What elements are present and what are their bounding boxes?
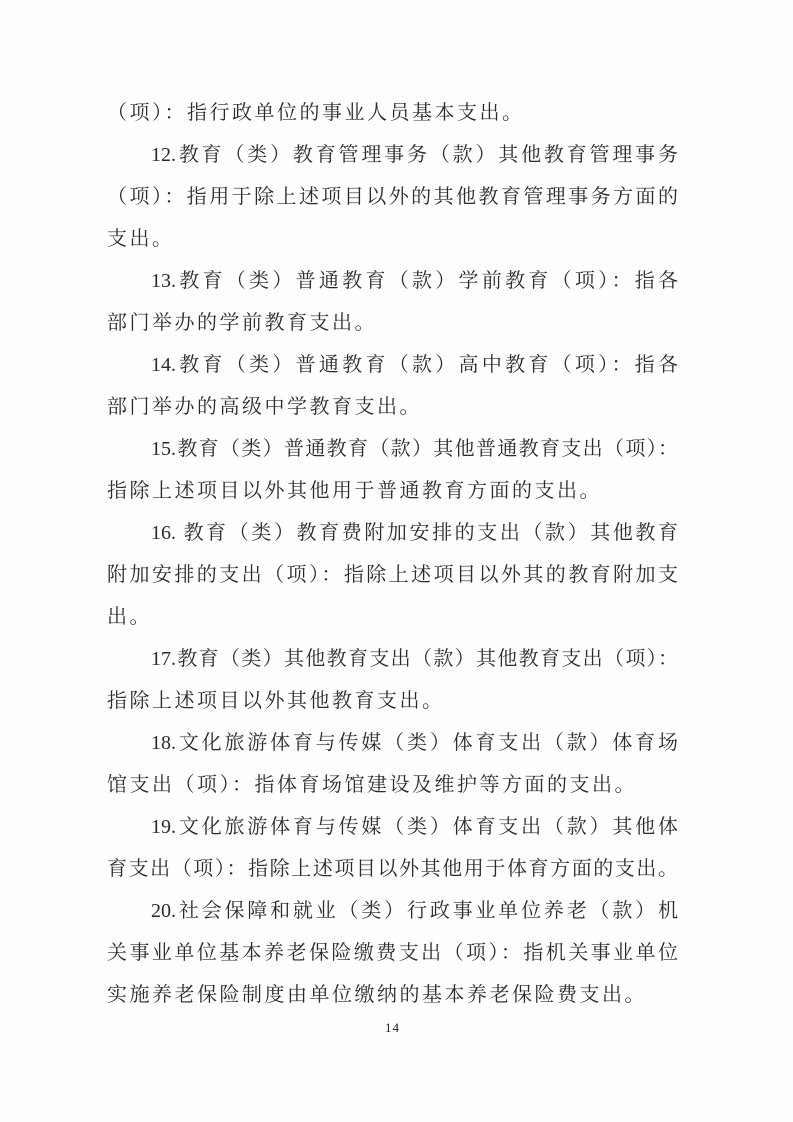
text-line-12: 附加安排的支出（项）：指除上述项目以外其的教育附加支 (107, 554, 678, 596)
text-line-6: 部门举办的学前教育支出。 (107, 302, 678, 344)
text-line-5: 13.教育（类）普通教育（款）学前教育（项）：指各 (107, 260, 678, 302)
text-line-19: 育支出（项）：指除上述项目以外其他用于体育方面的支出。 (107, 848, 678, 890)
text-line-16: 18.文化旅游体育与传媒（类）体育支出（款）体育场 (107, 722, 678, 764)
document-body: （项）：指行政单位的事业人员基本支出。12.教育（类）教育管理事务（款）其他教育… (107, 92, 678, 1016)
text-line-4: 支出。 (107, 218, 678, 260)
page-number: 14 (107, 1020, 678, 1036)
text-line-17: 馆支出（项）：指体育场馆建设及维护等方面的支出。 (107, 764, 678, 806)
text-line-1: （项）：指行政单位的事业人员基本支出。 (107, 92, 678, 134)
text-line-9: 15.教育（类）普通教育（款）其他普通教育支出（项）： (107, 428, 678, 470)
text-line-14: 17.教育（类）其他教育支出（款）其他教育支出（项）： (107, 638, 678, 680)
text-line-10: 指除上述项目以外其他用于普通教育方面的支出。 (107, 470, 678, 512)
text-line-13: 出。 (107, 596, 678, 638)
text-line-21: 关事业单位基本养老保险缴费支出（项）：指机关事业单位 (107, 932, 678, 974)
text-line-8: 部门举办的高级中学教育支出。 (107, 386, 678, 428)
text-line-7: 14.教育（类）普通教育（款）高中教育（项）：指各 (107, 344, 678, 386)
document-page: （项）：指行政单位的事业人员基本支出。12.教育（类）教育管理事务（款）其他教育… (0, 0, 793, 1122)
text-line-22: 实施养老保险制度由单位缴纳的基本养老保险费支出。 (107, 974, 678, 1016)
text-line-3: （项）：指用于除上述项目以外的其他教育管理事务方面的 (107, 176, 678, 218)
text-line-11: 16. 教育（类）教育费附加安排的支出（款）其他教育 (107, 512, 678, 554)
text-line-15: 指除上述项目以外其他教育支出。 (107, 680, 678, 722)
text-line-2: 12.教育（类）教育管理事务（款）其他教育管理事务 (107, 134, 678, 176)
text-line-18: 19.文化旅游体育与传媒（类）体育支出（款）其他体 (107, 806, 678, 848)
text-line-20: 20.社会保障和就业（类）行政事业单位养老（款）机 (107, 890, 678, 932)
